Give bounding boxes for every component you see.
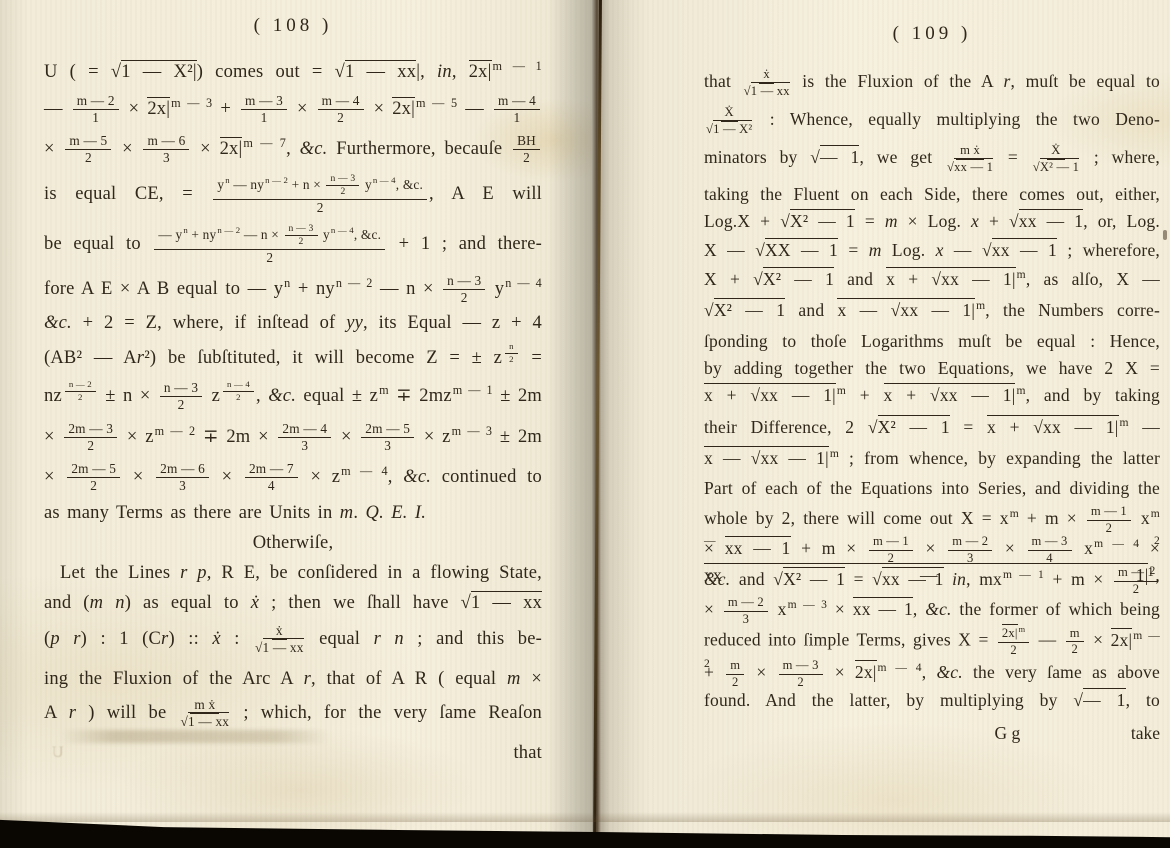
text-line: and (m n) as equal to ẋ ; then we ſhall …: [44, 592, 542, 624]
left-page: ( 108 ) U ( = √1 — X²|) comes out = √1 —…: [0, 0, 592, 848]
page-number-left: ( 108 ): [44, 14, 542, 60]
catchword: that: [44, 742, 542, 766]
left-page-text-block: ( 108 ) U ( = √1 — X²|) comes out = √1 —…: [44, 14, 542, 766]
text-line: x + √xx — 1|m + x + √xx — 1|m, and by ta…: [704, 385, 1160, 417]
text-line: × xx — 1 + m × m — 12 × m — 23 × m — 34 …: [704, 535, 1160, 566]
text-line: X — √XX — 1 = m Log. x — √xx — 1 ; where…: [704, 240, 1160, 269]
text-line: that ẋ√1 — xx is the Fluxion of the A r,…: [704, 68, 1160, 106]
right-page-text-block: ( 109 ) that ẋ√1 — xx is the Fluxion of …: [704, 22, 1160, 744]
text-line: Let the Lines r p, R E, be conſidered in…: [44, 562, 542, 592]
text-line: — m — 21 × 2x|m — 3 + m — 31 × m — 42 × …: [44, 94, 542, 134]
text-line: Log.X + √X² — 1 = m × Log. x + √xx — 1, …: [704, 211, 1160, 240]
text-line: nzn — 22 ± n × n — 32 zn — 42, &c. equal…: [44, 380, 542, 422]
text-line: Otherwiſe,: [44, 532, 542, 562]
text-line: Ẋ√1 — X² : Whence, equally multiplying t…: [704, 106, 1160, 144]
text-line: is equal CE, = yn — nyn — 2 + n × n — 32…: [44, 174, 542, 224]
catchword: take: [1131, 723, 1160, 744]
text-line: as many Terms as there are Units in m. Q…: [44, 502, 542, 532]
text-line: × 2m — 52 × 2m — 63 × 2m — 74 × zm — 4, …: [44, 462, 542, 502]
signature-mark: G g: [995, 723, 1021, 744]
text-line: by adding together the two Equations, we…: [704, 358, 1160, 385]
text-line: × 2m — 32 × zm — 2 ∓ 2m × 2m — 43 × 2m —…: [44, 422, 542, 462]
text-line: x — √xx — 1|m ; from whence, by expandin…: [704, 448, 1160, 478]
text-line: &c. + 2 = Z, where, if inſtead of yy, it…: [44, 312, 542, 342]
show-through-signature: U: [52, 744, 64, 762]
text-line: be equal to — yn + nyn — 2 — n × n — 32 …: [44, 224, 542, 274]
text-line: × m — 52 × m — 63 × 2x|m — 7, &c. Furthe…: [44, 134, 542, 174]
book-scan: ( 108 ) U ( = √1 — X²|) comes out = √1 —…: [0, 0, 1170, 848]
text-line: × m — 23 xm — 3 × xx — 1, &c. the former…: [704, 596, 1160, 626]
text-line: fore A E × A B equal to — yn + nyn — 2 —…: [44, 274, 542, 312]
right-page: ( 109 ) that ẋ√1 — xx is the Fluxion of …: [592, 0, 1170, 848]
text-line: minators by √— 1, we get m ẋ√xx — 1 = Ẋ√…: [704, 144, 1160, 184]
right-page-lines: that ẋ√1 — xx is the Fluxion of the A r,…: [704, 68, 1160, 719]
text-line: √X² — 1 and x — √xx — 1|m, the Numbers c…: [704, 300, 1160, 331]
text-line: ing the Fluxion of the Arc A r, that of …: [44, 668, 542, 698]
text-line: taking the Fluent on each Side, there co…: [704, 184, 1160, 211]
text-line: &c. and √X² — 1 = √xx — 1 in, mxm — 1 + …: [704, 566, 1160, 596]
text-line: ſponding to thoſe Logarithms muſt be equ…: [704, 331, 1160, 358]
text-line: reduced into ſimple Terms, gives X = 2x|…: [704, 626, 1160, 659]
text-line: their Difference, 2 √X² — 1 = x + √xx — …: [704, 417, 1160, 448]
page-number-right: ( 109 ): [704, 22, 1160, 68]
left-page-lines: U ( = √1 — X²|) comes out = √1 — xx|, in…: [44, 60, 542, 742]
text-line: U ( = √1 — X²|) comes out = √1 — xx|, in…: [44, 60, 542, 94]
text-line: X + √X² — 1 and x + √xx — 1|m, as alſo, …: [704, 269, 1160, 300]
text-line: (p r) : 1 (Cr) :: ẋ : ẋ√1 — xx equal r n…: [44, 624, 542, 668]
text-line: whole by 2, there will come out X = xm +…: [704, 505, 1160, 535]
scan-speck: [1163, 230, 1167, 240]
text-line: + m2 × m — 32 × 2x|m — 4, &c. the very ſ…: [704, 659, 1160, 690]
text-line: Part of each of the Equations into Serie…: [704, 478, 1160, 505]
text-line: (AB² — Ar²) be ſubſtituted, it will beco…: [44, 342, 542, 380]
text-line: found. And the latter, by multiplying by…: [704, 690, 1160, 719]
text-line: A r ) will be m ẋ√1 — xx ; which, for th…: [44, 698, 542, 742]
